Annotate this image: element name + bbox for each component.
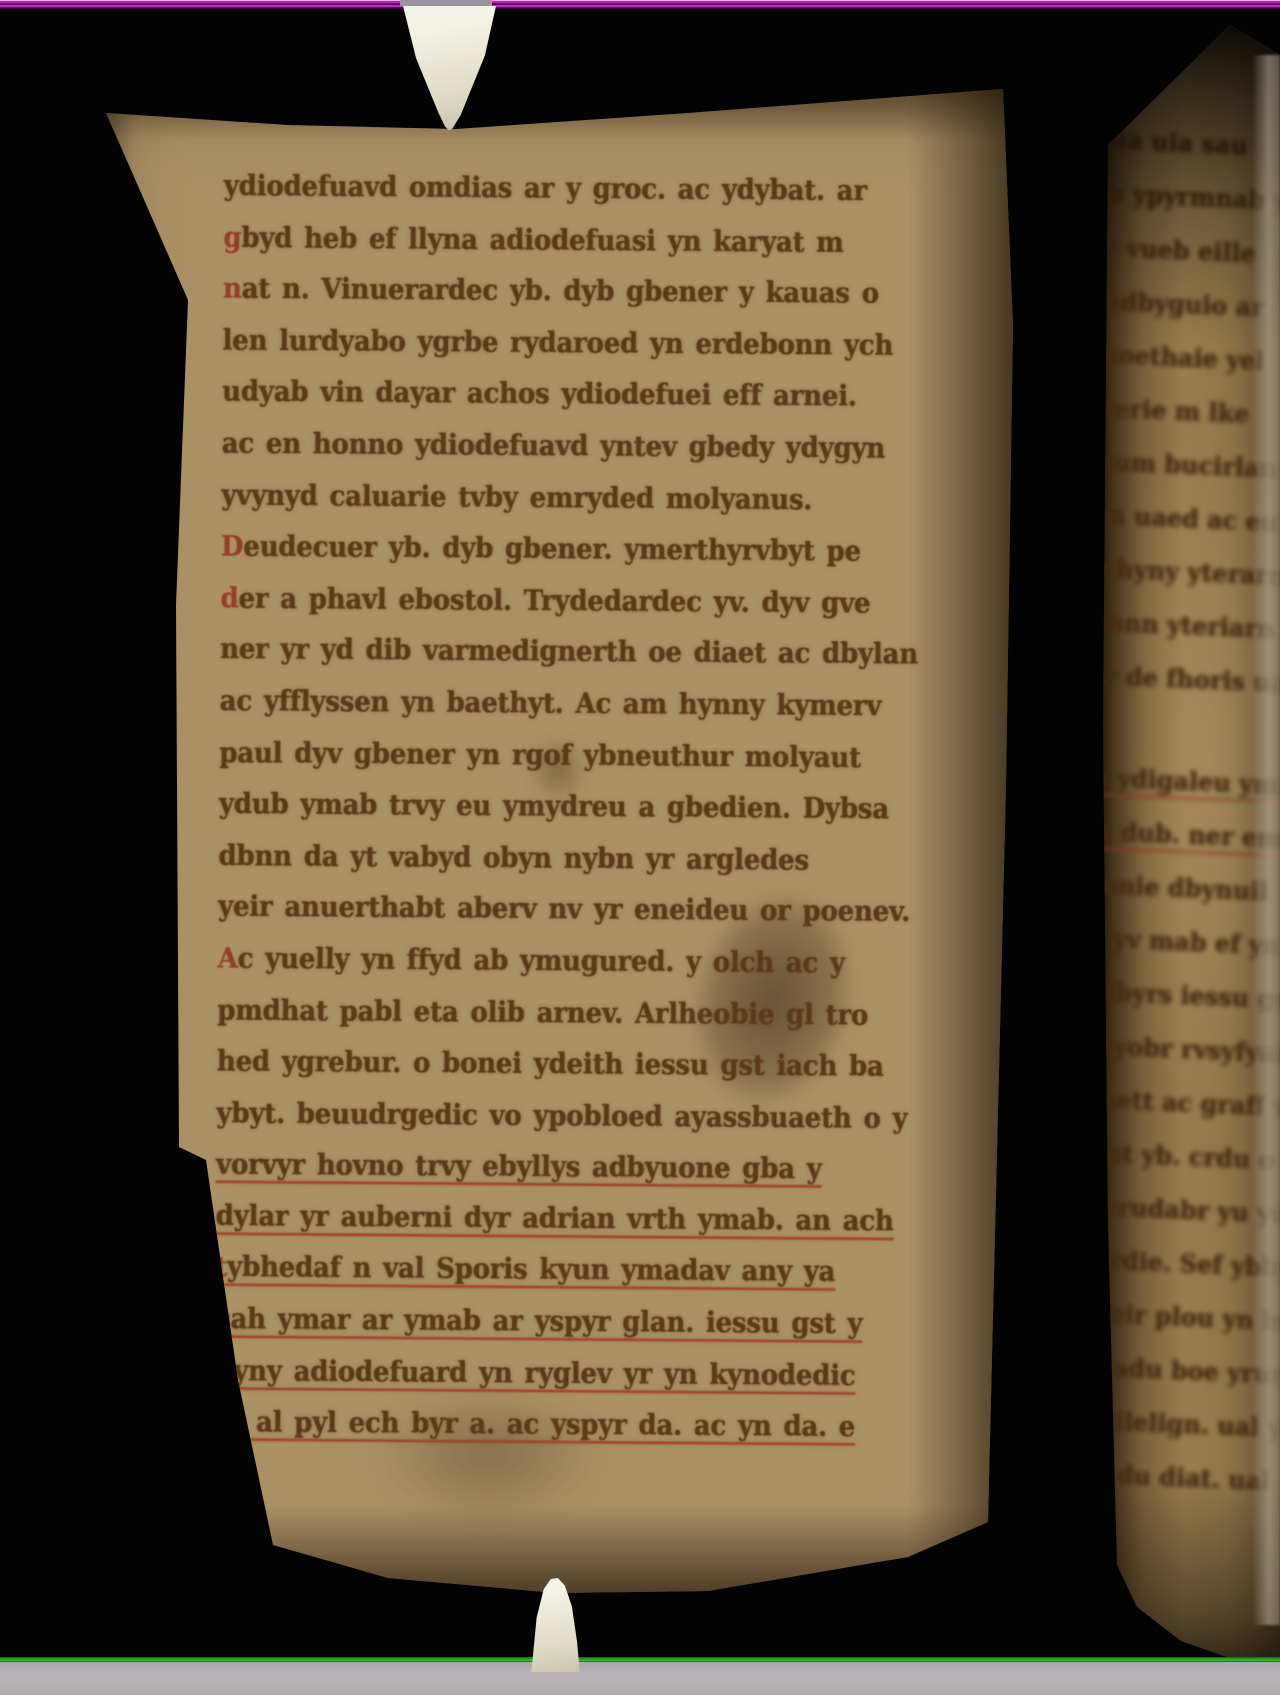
manuscript-text-line: gum bucirlan [1095, 434, 1272, 495]
manuscript-text-line: tybhedaf n val Sporis kyun ymadav any ya [215, 1243, 975, 1300]
manuscript-text-line: Ac yuelly yn ffyd ab ymugured. y olch ac… [218, 934, 978, 991]
manuscript-text-line: ac en honno ydiodefuavd yntev gbedy ydyg… [222, 419, 982, 476]
manuscript-photo: ydiodefuavd omdias ar y groc. ac ydybat.… [0, 0, 1280, 1695]
manuscript-text-line: ny cadu boe yrur [1057, 1338, 1234, 1399]
manuscript-text-line: ac yfflyssen yn baethyt. Ac am hynny kym… [220, 676, 980, 733]
book-fore-edge [1252, 55, 1280, 1625]
manuscript-text-line: balyobr rvsyfyan [1071, 1017, 1248, 1078]
page-edge-shadow-left [88, 85, 134, 1595]
manuscript-text-line: lrunie dbynuil [1078, 857, 1255, 918]
manuscript-text-line: gbyd heb ef llyna adiodefuasi yn karyat … [223, 213, 983, 270]
manuscript-text-line: bhnn yteriarn [1089, 595, 1266, 656]
manuscript-text-line: udyab vin dayar achos ydiodefuei eff arn… [222, 367, 982, 424]
manuscript-text-line: ou dilelign. ual yn [1055, 1392, 1232, 1453]
manuscript-text-line: paul dyv gbener yn rgof ybneuthur molyau… [219, 728, 979, 785]
manuscript-text-line: yn dub. ner emst [1080, 803, 1257, 864]
manuscript-text-line: ar al pyl ech byr a. ac yspyr da. ac yn … [214, 1397, 974, 1454]
scanner-platform [0, 1662, 1280, 1695]
manuscript-text-line: dbnn da yt vabyd obyn nybn yr argledes [218, 831, 978, 888]
manuscript-text-line: aerie m lke [1098, 381, 1275, 442]
manuscript-text-line: m ydigaleu ymr ar [1082, 750, 1259, 811]
left-manuscript-page: ydiodefuavd omdias ar y groc. ac ydybat.… [88, 85, 1018, 1595]
manuscript-text-line: pmdhat pabl eta olib arnev. Arlheobie gl… [217, 985, 977, 1042]
manuscript-text-line: yn uaed ac eu [1093, 488, 1270, 549]
manuscript-text-line: Deudecuer yb. dyb gbener. ymerthyrvbyt p… [221, 522, 981, 579]
manuscript-text-line: gayrdie. Sef ybbyr [1062, 1231, 1239, 1292]
manuscript-text-line: vorvyr hovno trvy ebyllys adbyuone gba y [216, 1140, 976, 1197]
red-pigment-mark [92, 547, 102, 573]
left-page-text: ydiodefuavd omdias ar y groc. ac ydybat.… [214, 161, 984, 1455]
manuscript-text-line: dr teir plou yn bud [1060, 1285, 1237, 1346]
manuscript-text-line: o hyny yterarn [1091, 541, 1268, 602]
scanner-magenta-line [0, 0, 1280, 9]
manuscript-text-line: oolbyrs iessu gst [1073, 964, 1250, 1025]
page-edge-shadow-top [88, 85, 1018, 140]
manuscript-text-line: der a phavl ebostol. Trydedardec yv. dyv… [220, 573, 980, 630]
manuscript-text-line: hyny adiodefuard yn ryglev yr yn kynoded… [214, 1346, 974, 1403]
manuscript-text-line: dylar yr auberni dyr adrian vrth ymab. a… [216, 1191, 976, 1248]
manuscript-text-line: len lurdyabo ygrbe rydaroed yn erdebonn … [222, 316, 982, 373]
scanner-green-line [0, 1657, 1280, 1662]
top-page-clamp [403, 6, 496, 130]
manuscript-text-line: ydiodefuavd omdias ar y groc. ac ydybat.… [224, 161, 984, 218]
manuscript-text-line: dr crudabr yu yu [1064, 1178, 1241, 1239]
manuscript-text-line: hed ygrebur. o bonei ydeith iessu gst ia… [217, 1037, 977, 1094]
manuscript-text-line: o gst yb. crdu o he [1066, 1124, 1243, 1185]
manuscript-text-line: ydub ymab trvy eu ymydreu a gbedien. Dyb… [219, 779, 979, 836]
manuscript-text-line: venett ac graff vul [1069, 1071, 1246, 1132]
manuscript-text-line: ybyt. beuudrgedic vo ypobloed ayassbuaet… [216, 1088, 976, 1145]
right-manuscript-page: ua uia saub ypyrmnab yr vueb eilleudbygu… [1095, 25, 1280, 1660]
manuscript-text-line: er yv mab ef yn gyt [1075, 910, 1252, 971]
manuscript-text-line: cah ymar ar ymab ar yspyr glan. iessu gs… [215, 1294, 975, 1351]
manuscript-text-line: yvynyd caluarie tvby emryded molyanus. [221, 470, 981, 527]
clamp-mount [400, 0, 492, 6]
manuscript-text-line: ur de fhoris uab y [1086, 648, 1263, 709]
manuscript-text-line: ner yr yd dib varmedignerth oe diaet ac … [220, 625, 980, 682]
manuscript-text-line: nat n. Vinuerardec yb. dyb gbener y kaua… [223, 264, 983, 321]
manuscript-text-line: yeir anuerthabt aberv nv yr eneideu or p… [218, 882, 978, 939]
